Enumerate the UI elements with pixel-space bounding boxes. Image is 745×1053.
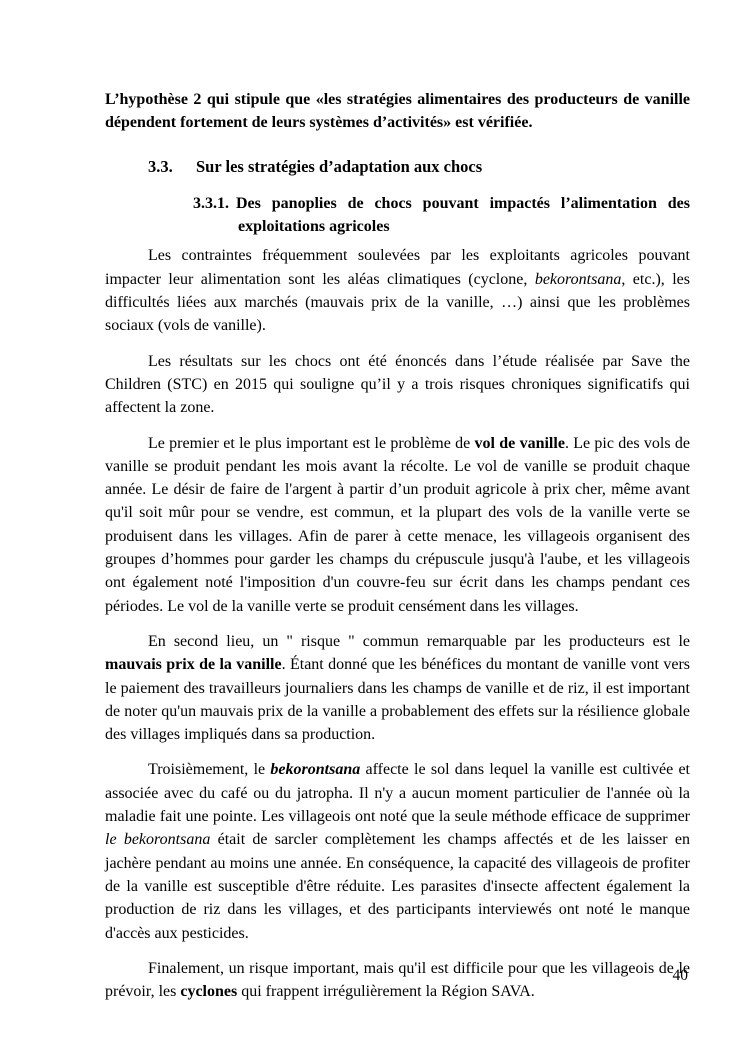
text-run: mauvais prix de la vanille (105, 656, 282, 673)
text-run: Le premier et le plus important est le p… (148, 435, 475, 452)
heading-3-3-1: 3.3.1.Des panoplies de chocs pouvant imp… (105, 192, 690, 239)
page-content: L’hypothèse 2 qui stipule que «les strat… (105, 88, 690, 1003)
text-run: En second lieu, un " risque " commun rem… (148, 633, 690, 650)
text-run: bekorontsana (270, 761, 360, 778)
heading-3-3-number: 3.3. (148, 155, 196, 178)
text-run: vol de vanille (475, 435, 565, 452)
paragraph-vol-de-vanille: Le premier et le plus important est le p… (105, 432, 690, 618)
heading-3-3-title: Sur les stratégies d’adaptation aux choc… (196, 157, 482, 176)
text-run: qui frappent irrégulièrement la Région S… (237, 983, 535, 1000)
text-run: Troisièmement, le (148, 761, 270, 778)
document-page: L’hypothèse 2 qui stipule que «les strat… (0, 0, 745, 1053)
text-run: L’hypothèse 2 qui stipule que «les strat… (105, 91, 690, 131)
paragraph-contraintes-alimentation: Les contraintes fréquemment soulevées pa… (105, 244, 690, 337)
text-run: cyclones (180, 983, 237, 1000)
paragraph-mauvais-prix-vanille: En second lieu, un " risque " commun rem… (105, 630, 690, 746)
text-run: Les résultats sur les chocs ont été énon… (105, 353, 690, 417)
paragraph-resultats-save-the-children: Les résultats sur les chocs ont été énon… (105, 350, 690, 420)
text-run: bekorontsana (535, 271, 622, 288)
page-number: 40 (673, 967, 689, 985)
text-run: . Le pic des vols de vanille se produit … (105, 435, 690, 615)
heading-3-3-1-number: 3.3.1. (193, 195, 229, 212)
hypothesis-2-verification-paragraph: L’hypothèse 2 qui stipule que «les strat… (105, 88, 690, 135)
paragraph-cyclones: Finalement, un risque important, mais qu… (105, 957, 690, 1004)
heading-3-3: 3.3.Sur les stratégies d’adaptation aux … (105, 155, 690, 178)
text-run: le bekorontsana (105, 831, 210, 848)
paragraph-bekorontsana: Troisièmement, le bekorontsana affecte l… (105, 758, 690, 944)
heading-3-3-1-title: Des panoplies de chocs pouvant impactés … (236, 195, 690, 235)
